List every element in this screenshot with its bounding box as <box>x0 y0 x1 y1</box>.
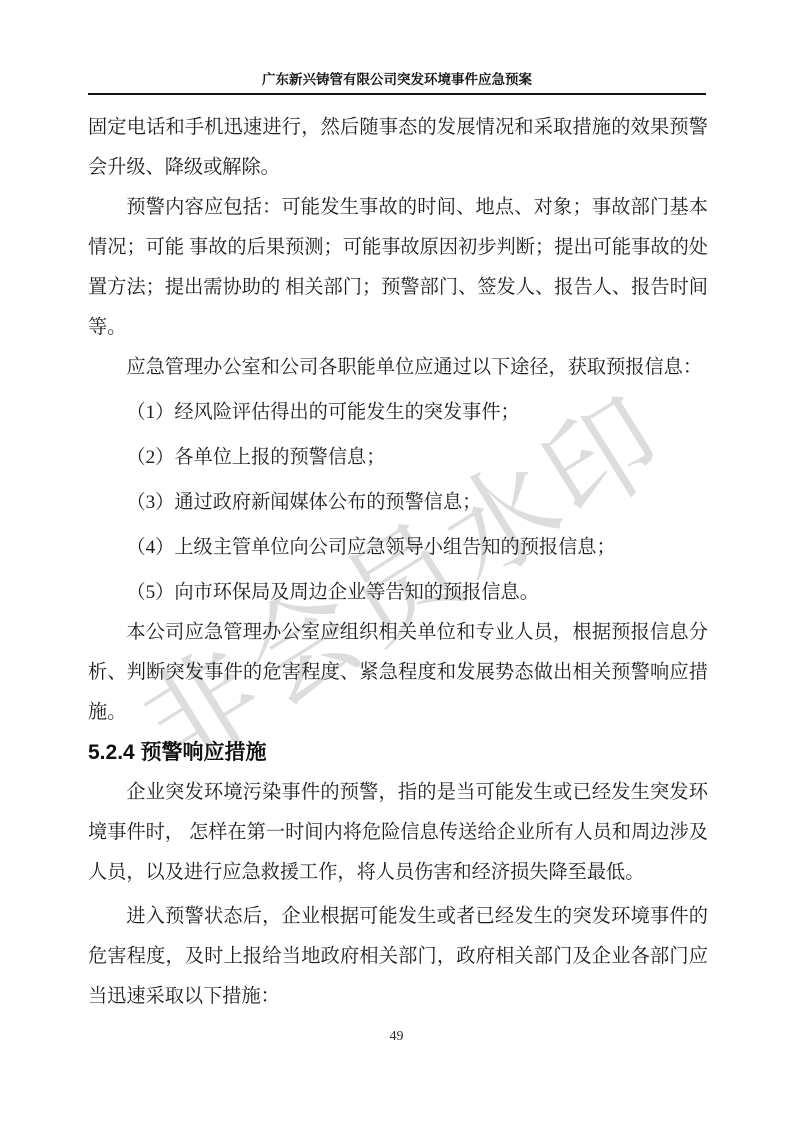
paragraph-analysis: 本公司应急管理办公室应组织相关单位和专业人员，根据预报信息分析、判断突发事件的危… <box>88 613 708 733</box>
paragraph-warning-state: 进入预警状态后，企业根据可能发生或者已经发生的突发环境事件的危害程度，及时上报给… <box>88 897 708 1017</box>
list-item-1: （1）经风险评估得出的可能发生的突发事件； <box>88 393 708 433</box>
paragraph-info-channels: 应急管理办公室和公司各职能单位应通过以下途径，获取预报信息： <box>88 348 708 388</box>
paragraph-continued: 固定电话和手机迅速进行，然后随事态的发展情况和采取措施的效果预警会升级、降级或解… <box>88 108 708 188</box>
page-header: 广东新兴铸管有限公司突发环境事件应急预案 <box>88 72 706 95</box>
page-number: 49 <box>0 1029 793 1045</box>
list-item-3: （3）通过政府新闻媒体公布的预警信息； <box>88 483 708 523</box>
document-body: 固定电话和手机迅速进行，然后随事态的发展情况和采取措施的效果预警会升级、降级或解… <box>88 108 708 1017</box>
paragraph-warning-definition: 企业突发环境污染事件的预警，指的是当可能发生或已经发生突发环境事件时， 怎样在第… <box>88 773 708 893</box>
list-item-2: （2）各单位上报的预警信息； <box>88 438 708 478</box>
section-heading-524: 5.2.4 预警响应措施 <box>88 733 708 773</box>
list-item-5: （5）向市环保局及周边企业等告知的预报信息。 <box>88 573 708 613</box>
paragraph-warning-content: 预警内容应包括：可能发生事故的时间、地点、对象；事故部门基本情况；可能 事故的后… <box>88 188 708 348</box>
header-title: 广东新兴铸管有限公司突发环境事件应急预案 <box>262 72 532 87</box>
list-item-4: （4）上级主管单位向公司应急领导小组告知的预报信息； <box>88 528 708 568</box>
